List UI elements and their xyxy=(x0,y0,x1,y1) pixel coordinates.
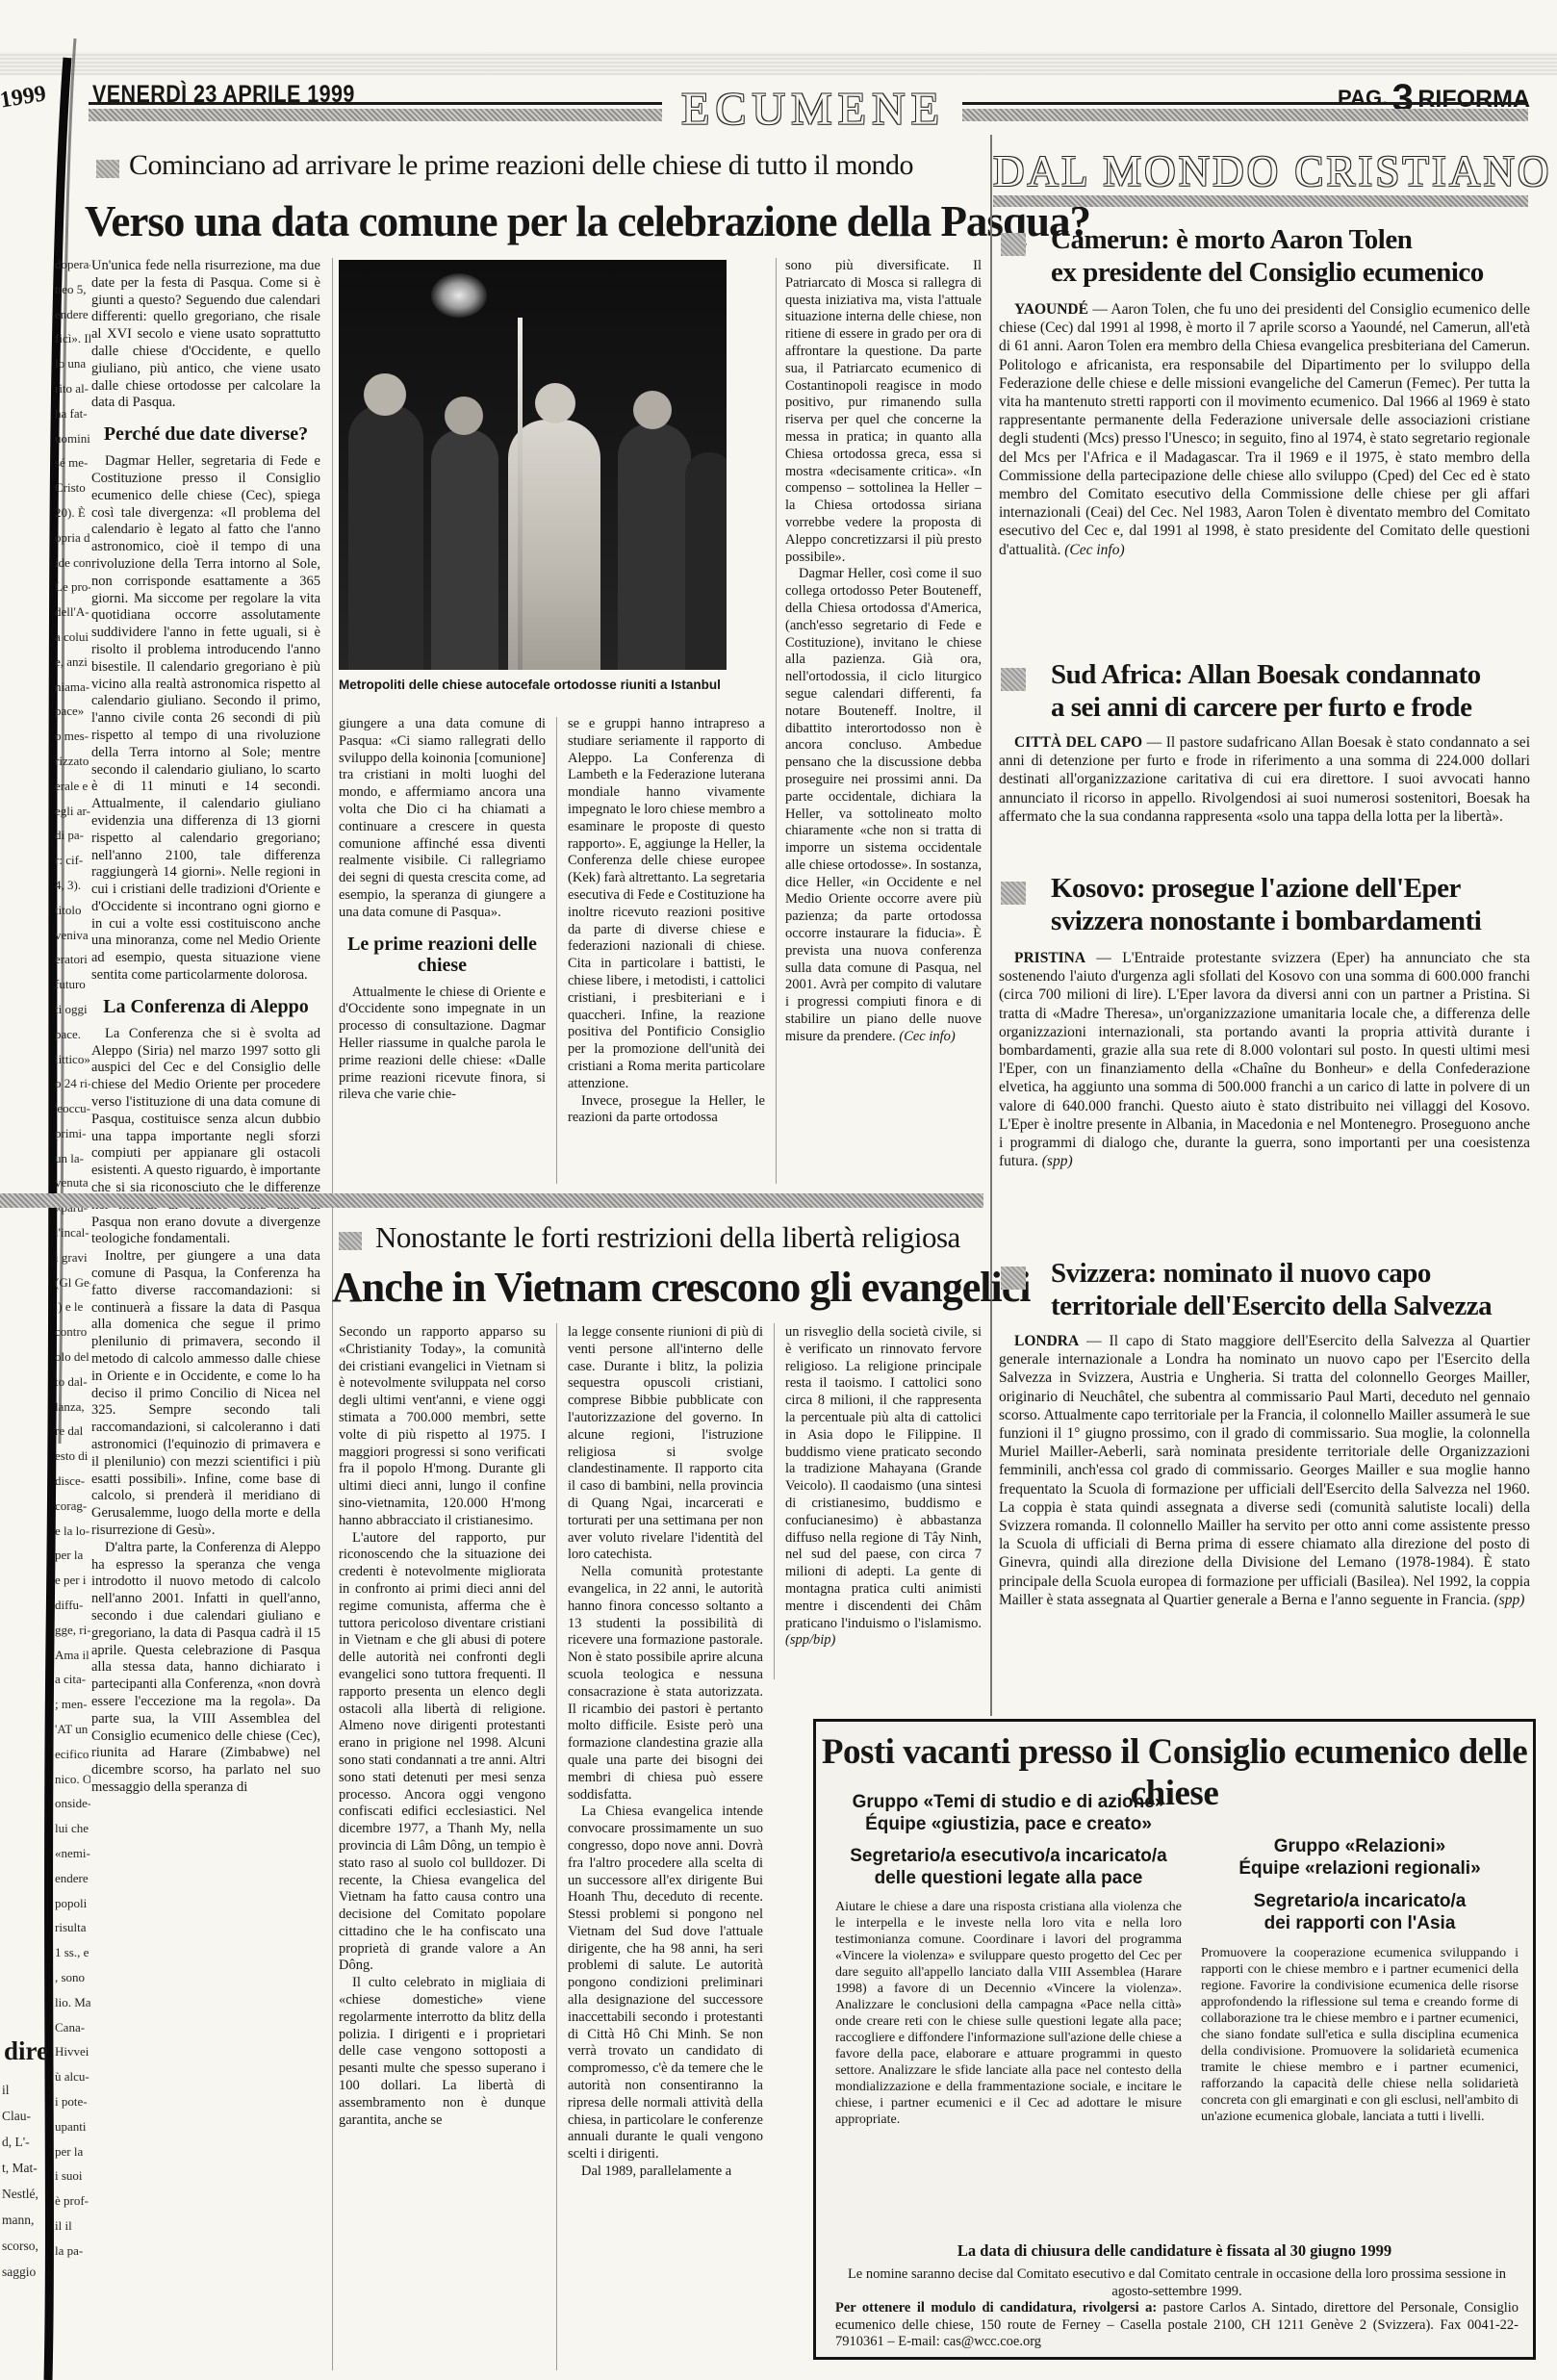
header-rule-left xyxy=(89,102,662,105)
vacancy-left-group: Gruppo «Temi di studio e di azione» Équi… xyxy=(835,1791,1182,1835)
vacancy-right-role: Segretario/a incaricato/a dei rapporti c… xyxy=(1201,1890,1519,1934)
easter-column-4: sono più diversificate. Il Patriarcato d… xyxy=(785,258,982,1186)
section-title: ECUMENE xyxy=(674,83,953,136)
scan-streak xyxy=(0,52,1557,75)
world-item-square-icon xyxy=(1001,233,1026,256)
world-item-square-icon xyxy=(1001,1267,1026,1290)
column-rule xyxy=(556,717,557,1184)
world-item-square-icon xyxy=(1001,882,1026,905)
vietnam-column-2: la legge consente riunioni di più di ven… xyxy=(568,1324,763,2369)
vacancy-right-group: Gruppo «Relazioni» Équipe «relazioni reg… xyxy=(1201,1835,1519,1880)
world-item-4-body: LONDRA — Il capo di Stato maggiore dell'… xyxy=(999,1332,1530,1713)
crosier-icon xyxy=(518,318,523,670)
kicker-square-icon xyxy=(339,1232,362,1250)
world-item-1-body: YAOUNDÉ — Aaron Tolen, che fu uno dei pr… xyxy=(999,300,1530,633)
sidebar-divider xyxy=(990,135,992,1716)
vacancy-left-role: Segretario/a esecutivo/a incaricato/a de… xyxy=(835,1845,1182,1889)
vietnam-column-1: Secondo un rapporto apparso su «Christia… xyxy=(339,1324,546,2369)
vacancy-left-body: Aiutare le chiese a dare una risposta cr… xyxy=(835,1899,1182,2236)
header-rule-right xyxy=(962,102,1528,105)
photo-caption: Metropoliti delle chiese autocefale orto… xyxy=(339,678,727,693)
vacancies-closing: Le nomine saranno decise dal Comitato es… xyxy=(835,2266,1519,2349)
world-item-3-body: PRISTINA — L'Entraide protestante svizze… xyxy=(999,949,1530,1242)
page-fold-text: dopera-tteo 5,endereficì». Illo unarito … xyxy=(55,252,90,2264)
page-label: PAG. xyxy=(1338,86,1388,110)
column-rule xyxy=(556,1323,557,2370)
easter-kicker: Cominciano ad arrivare le prime reazioni… xyxy=(129,149,913,182)
column-rule xyxy=(776,258,777,1184)
world-item-3-headline: Kosovo: prosegue l'azione dell'Eper sviz… xyxy=(1051,872,1532,937)
vietnam-column-3: un risveglio della società civile, si è … xyxy=(785,1324,982,1682)
world-item-1-headline: Camerun: è morto Aaron Tolen ex presiden… xyxy=(1051,223,1532,289)
photo-figure xyxy=(431,429,498,670)
photo-figure xyxy=(633,391,672,429)
world-band-bottom xyxy=(993,195,1528,207)
easter-column-3: se e gruppi hanno intrapreso a studiare … xyxy=(568,716,765,1186)
column-rule xyxy=(332,258,333,2370)
world-section-title: DAL MONDO CRISTIANO xyxy=(993,146,1528,196)
header-band-left xyxy=(89,109,662,121)
world-item-square-icon xyxy=(1001,668,1026,691)
fold-headline-fragment: dire xyxy=(4,2036,48,2066)
column-rule xyxy=(774,1323,775,1679)
photo-orthodox-metropolitans xyxy=(339,260,727,670)
photo-figure xyxy=(618,423,691,670)
chandelier-icon xyxy=(431,273,487,318)
world-item-2-headline: Sud Africa: Allan Boesak condannato a se… xyxy=(1051,658,1532,724)
vacancies-box: Posti vacanti presso il Consiglio ecumen… xyxy=(813,1719,1536,2360)
header-band-right xyxy=(962,109,1528,121)
easter-column-1: Un'unica fede nella risurrezione, ma due… xyxy=(91,258,320,2370)
vietnam-kicker: Nonostante le forti restrizioni della li… xyxy=(375,1220,960,1255)
vacancies-deadline: La data di chiusura delle candidature è … xyxy=(816,2241,1533,2261)
photo-figure xyxy=(685,452,727,670)
world-item-4-headline: Svizzera: nominato il nuovo capo territo… xyxy=(1051,1257,1532,1322)
photo-figure xyxy=(445,397,483,435)
page-fold-text-bottom: ilClau-d, L'-t, Mat-Nestlé,mann,scorso,s… xyxy=(2,2077,52,2298)
vacancy-right-body: Promuovere la cooperazione ecumenica svi… xyxy=(1201,1945,1519,2236)
kicker-square-icon xyxy=(96,160,119,178)
section-divider-band xyxy=(0,1193,983,1208)
easter-column-2: giungere a una data comune di Pasqua: «C… xyxy=(339,716,546,1186)
photo-figure xyxy=(348,404,423,670)
newspaper-page: { "header": { "date": "VENERDÌ 23 APRILE… xyxy=(0,0,1557,2380)
vietnam-headline: Anche in Vietnam crescono gli evangelici xyxy=(332,1263,983,1312)
photo-figure xyxy=(535,383,575,423)
photo-figure xyxy=(364,373,406,416)
easter-headline: Verso una data comune per la celebrazion… xyxy=(85,196,1090,246)
world-item-2-body: CITTÀ DEL CAPO — Il pastore sudafricano … xyxy=(999,733,1530,874)
